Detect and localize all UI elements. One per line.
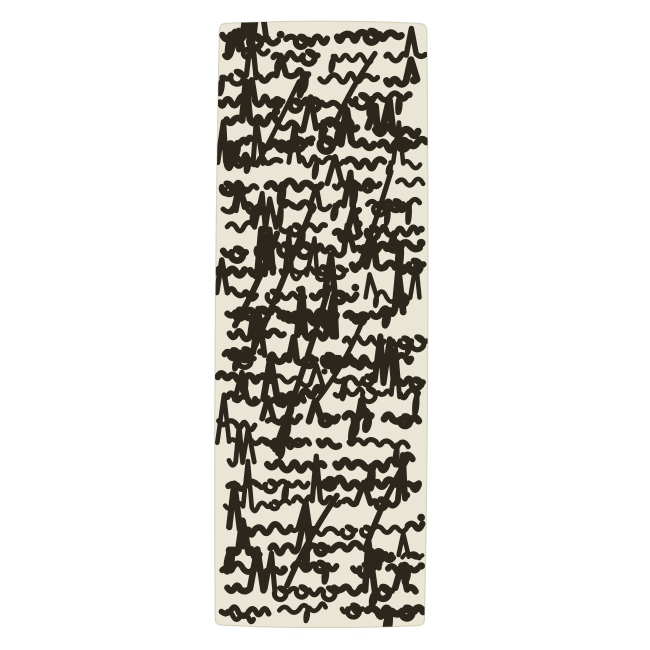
rug bbox=[213, 19, 429, 630]
rug-svg bbox=[213, 19, 429, 630]
product-image bbox=[0, 0, 650, 650]
